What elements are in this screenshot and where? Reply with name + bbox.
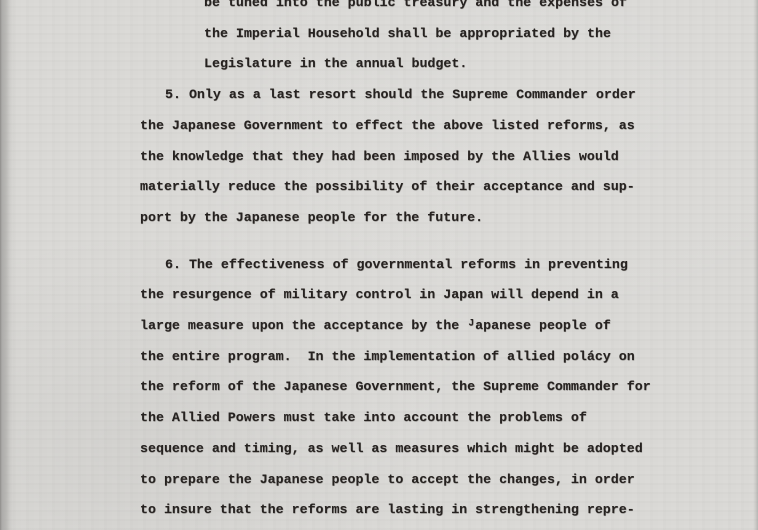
document-line: the reform of the Japanese Government, t…	[140, 372, 651, 403]
document-line: the Japanese Government to effect the ab…	[140, 111, 651, 142]
document-line: large measure upon the acceptance by the…	[140, 311, 651, 342]
document-line: materially reduce the possibility of the…	[140, 172, 651, 203]
scanned-document-page: be tuned into the public treasury and th…	[0, 0, 758, 530]
document-line: the knowledge that they had been imposed…	[140, 142, 651, 173]
document-line: the Allied Powers must take into account…	[140, 403, 651, 434]
document-line: 5. Only as a last resort should the Supr…	[140, 80, 651, 111]
document-line: port by the Japanese people for the futu…	[140, 203, 651, 234]
document-line: sequence and timing, as well as measures…	[140, 434, 651, 465]
document-line: the Imperial Household shall be appropri…	[140, 19, 651, 50]
document-line: the resurgence of military control in Ja…	[140, 280, 651, 311]
document-text: be tuned into the public treasury and th…	[140, 0, 651, 526]
document-line: the entire program. In the implementatio…	[140, 342, 651, 373]
page-right-edge-shadow	[753, 0, 758, 530]
page-left-edge-shadow	[0, 0, 16, 530]
paragraph-5: 5. Only as a last resort should the Supr…	[140, 80, 651, 234]
document-line: 6. The effectiveness of governmental ref…	[140, 250, 651, 281]
document-line: be tuned into the public treasury and th…	[140, 0, 651, 19]
paragraph-4-continuation: be tuned into the public treasury and th…	[140, 0, 651, 80]
paragraph-6: 6. The effectiveness of governmental ref…	[140, 250, 651, 526]
document-line: Legislature in the annual budget.	[140, 49, 651, 80]
document-line: to insure that the reforms are lasting i…	[140, 495, 651, 526]
document-line: to prepare the Japanese people to accept…	[140, 465, 651, 496]
